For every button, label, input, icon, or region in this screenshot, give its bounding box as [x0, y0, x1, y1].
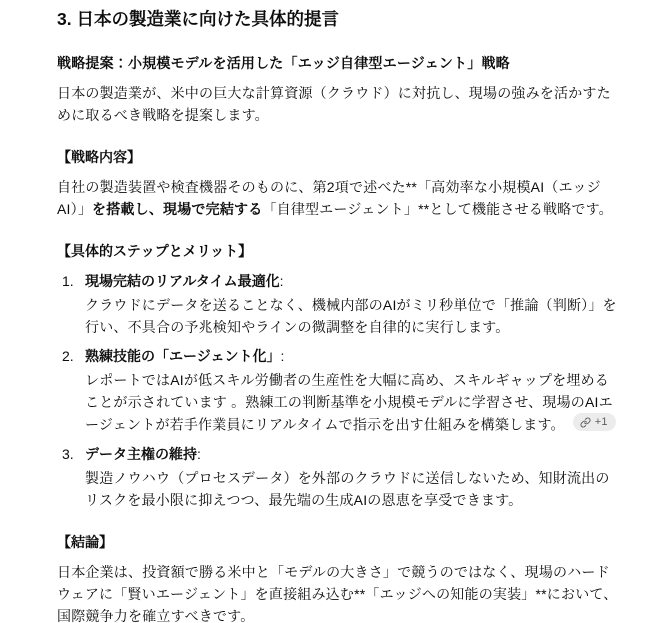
list-item-title: 現場完結のリアルタイム最適化: [85, 270, 621, 292]
list-item-title: データ主権の維持: [85, 443, 621, 465]
link-icon [580, 417, 591, 428]
list-item-colon: : [280, 273, 284, 289]
section-heading-conclusion: 【結論】 [57, 531, 621, 553]
list-item-skill-agent: 2. 熟練技能の「エージェント化」: レポートではAIが低スキル労働者の生産性を… [57, 345, 621, 436]
section-heading-strategy-content: 【戦略内容】 [57, 146, 621, 168]
list-item-realtime-optimization: 1. 現場完結のリアルタイム最適化: クラウドにデータを送ることなく、機械内部の… [57, 270, 621, 338]
list-marker: 3. [62, 443, 74, 465]
strategy-lead-body: 日本の製造業が、米中の巨大な計算資源（クラウド）に対抗し、現場の強みを活かすため… [57, 82, 621, 126]
section-heading-steps: 【具体的ステップとメリット】 [57, 240, 621, 262]
list-item-body: レポートではAIが低スキル労働者の生産性を大幅に高め、スキルギャップを埋めること… [85, 369, 621, 436]
strategy-content-body: 自社の製造装置や検査機器そのものに、第2項で述べた**「高効率な小規模AI（エッ… [57, 176, 621, 220]
list-item-colon: : [280, 348, 284, 364]
list-marker: 2. [62, 345, 74, 367]
conclusion-body: 日本企業は、投資額で勝る米中と「モデルの大きさ」で競うのではなく、現場のハードウ… [57, 561, 621, 623]
page-title: 3. 日本の製造業に向けた具体的提言 [57, 9, 621, 30]
list-item-data-sovereignty: 3. データ主権の維持: 製造ノウハウ（プロセスデータ）を外部のクラウドに送信し… [57, 443, 621, 511]
strategy-lead-title: 戦略提案：小規模モデルを活用した「エッジ自律型エージェント」戦略 [57, 52, 621, 74]
citation-count: +1 [595, 415, 608, 429]
list-item-body: クラウドにデータを送ることなく、機械内部のAIがミリ秒単位で「推論（判断）」を行… [85, 294, 621, 338]
list-marker: 1. [62, 270, 74, 292]
citation-badge[interactable]: +1 [573, 413, 616, 431]
list-item-body: 製造ノウハウ（プロセスデータ）を外部のクラウドに送信しないため、知財流出のリスク… [85, 467, 621, 511]
document: 3. 日本の製造業に向けた具体的提言 戦略提案：小規模モデルを活用した「エッジ自… [0, 0, 651, 623]
steps-list: 1. 現場完結のリアルタイム最適化: クラウドにデータを送ることなく、機械内部の… [57, 270, 621, 511]
list-item-colon: : [197, 446, 201, 462]
list-item-title: 熟練技能の「エージェント化」: [85, 345, 621, 367]
